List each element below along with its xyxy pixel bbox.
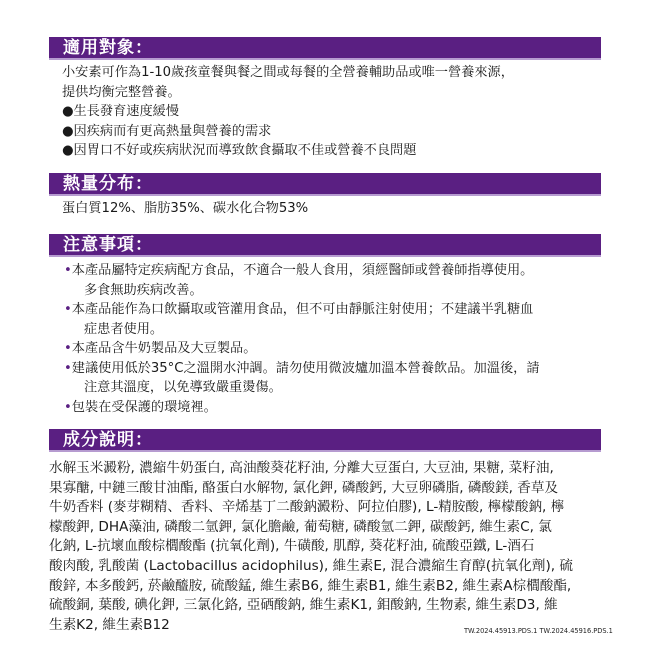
section-title: 熱量分布： [63, 173, 153, 196]
section-header-notes: 注意事項： [49, 234, 601, 257]
note-item: •本產品屬特定疾病配方食品，不適合一般人食用，須經醫師或營養師指導使用。 [64, 261, 609, 281]
ingredient-line: 果寡醣, 中鏈三酸甘油酯, 酪蛋白水解物, 氯化鉀, 磷酸鈣, 大豆卵磷脂, 磷… [49, 479, 609, 499]
target-body: 小安素可作為1-10歲孩童餐與餐之間或每餐的全營養輔助品或唯一營養來源， 提供均… [62, 63, 607, 161]
intro-line: 提供均衡完整營養。 [62, 83, 607, 103]
bullet-icon: • [64, 263, 72, 278]
bullet-icon: • [64, 302, 72, 317]
note-item: •包裝在受保護的環境裡。 [64, 398, 609, 418]
product-codes: TW.2024.45913.PDS.1 TW.2024.45916.PDS.1 [464, 627, 613, 635]
section-header-calorie: 熱量分布： [49, 173, 601, 196]
section-title: 注意事項： [63, 234, 153, 257]
intro-line: 小安素可作為1-10歲孩童餐與餐之間或每餐的全營養輔助品或唯一營養來源， [62, 63, 607, 83]
section-title: 適用對象： [63, 37, 153, 60]
note-item: •建議使用低於35°C之溫開水沖調。請勿使用微波爐加溫本營養飲品。加溫後，請 [64, 359, 609, 379]
bullet-icon: • [64, 361, 72, 376]
section-header-ingredients: 成分說明： [49, 429, 601, 452]
target-bullet: ●因疾病而有更高熱量與營養的需求 [62, 122, 607, 142]
note-item-cont: 注意其溫度，以免導致嚴重燙傷。 [64, 378, 609, 398]
note-item-cont: 症患者使用。 [64, 320, 609, 340]
ingredient-line: 檬酸鉀, DHA藻油, 磷酸二氫鉀, 氯化膽鹼, 葡萄糖, 磷酸氫二鉀, 碳酸鈣… [49, 518, 609, 538]
bullet-icon: • [64, 341, 72, 356]
ingredient-line: 酸肉酸, 乳酸菌 (Lactobacillus acidophilus), 維生… [49, 557, 609, 577]
section-header-target: 適用對象： [49, 37, 601, 60]
section-title: 成分說明： [63, 429, 153, 452]
ingredient-line: 牛奶香料 (麥芽糊精、香料、辛烯基丁二酸鈉澱粉、阿拉伯膠), L-精胺酸, 檸檬… [49, 498, 609, 518]
ingredients-body: 水解玉米澱粉, 濃縮牛奶蛋白, 高油酸葵花籽油, 分離大豆蛋白, 大豆油, 果糖… [49, 459, 609, 635]
note-item-cont: 多食無助疾病改善。 [64, 281, 609, 301]
ingredient-line: 化鈉, L-抗壞血酸棕櫚酸酯 (抗氧化劑), 牛磺酸, 肌醇, 葵花籽油, 硫酸… [49, 537, 609, 557]
note-item: •本產品能作為口飲攝取或管灌用食品，但不可由靜脈注射使用；不建議半乳糖血 [64, 300, 609, 320]
target-bullet: ●生長發育速度緩慢 [62, 102, 607, 122]
ingredient-line: 硫酸銅, 葉酸, 碘化鉀, 三氯化鉻, 亞硒酸鈉, 維生素K1, 鉬酸鈉, 生物… [49, 596, 609, 616]
ingredient-line: 酸鋅, 本多酸鈣, 菸鹼醯胺, 硫酸錳, 維生素B6, 維生素B1, 維生素B2… [49, 577, 609, 597]
ingredient-line: 水解玉米澱粉, 濃縮牛奶蛋白, 高油酸葵花籽油, 分離大豆蛋白, 大豆油, 果糖… [49, 459, 609, 479]
calorie-distribution: 蛋白質12%、脂肪35%、碳水化合物53% [62, 199, 607, 219]
note-item: •本產品含牛奶製品及大豆製品。 [64, 339, 609, 359]
calorie-body: 蛋白質12%、脂肪35%、碳水化合物53% [62, 199, 607, 219]
target-bullet: ●因胃口不好或疾病狀況而導致飲食攝取不佳或營養不良問題 [62, 141, 607, 161]
notes-body: •本產品屬特定疾病配方食品，不適合一般人食用，須經醫師或營養師指導使用。 多食無… [64, 261, 609, 417]
bullet-icon: • [64, 400, 72, 415]
